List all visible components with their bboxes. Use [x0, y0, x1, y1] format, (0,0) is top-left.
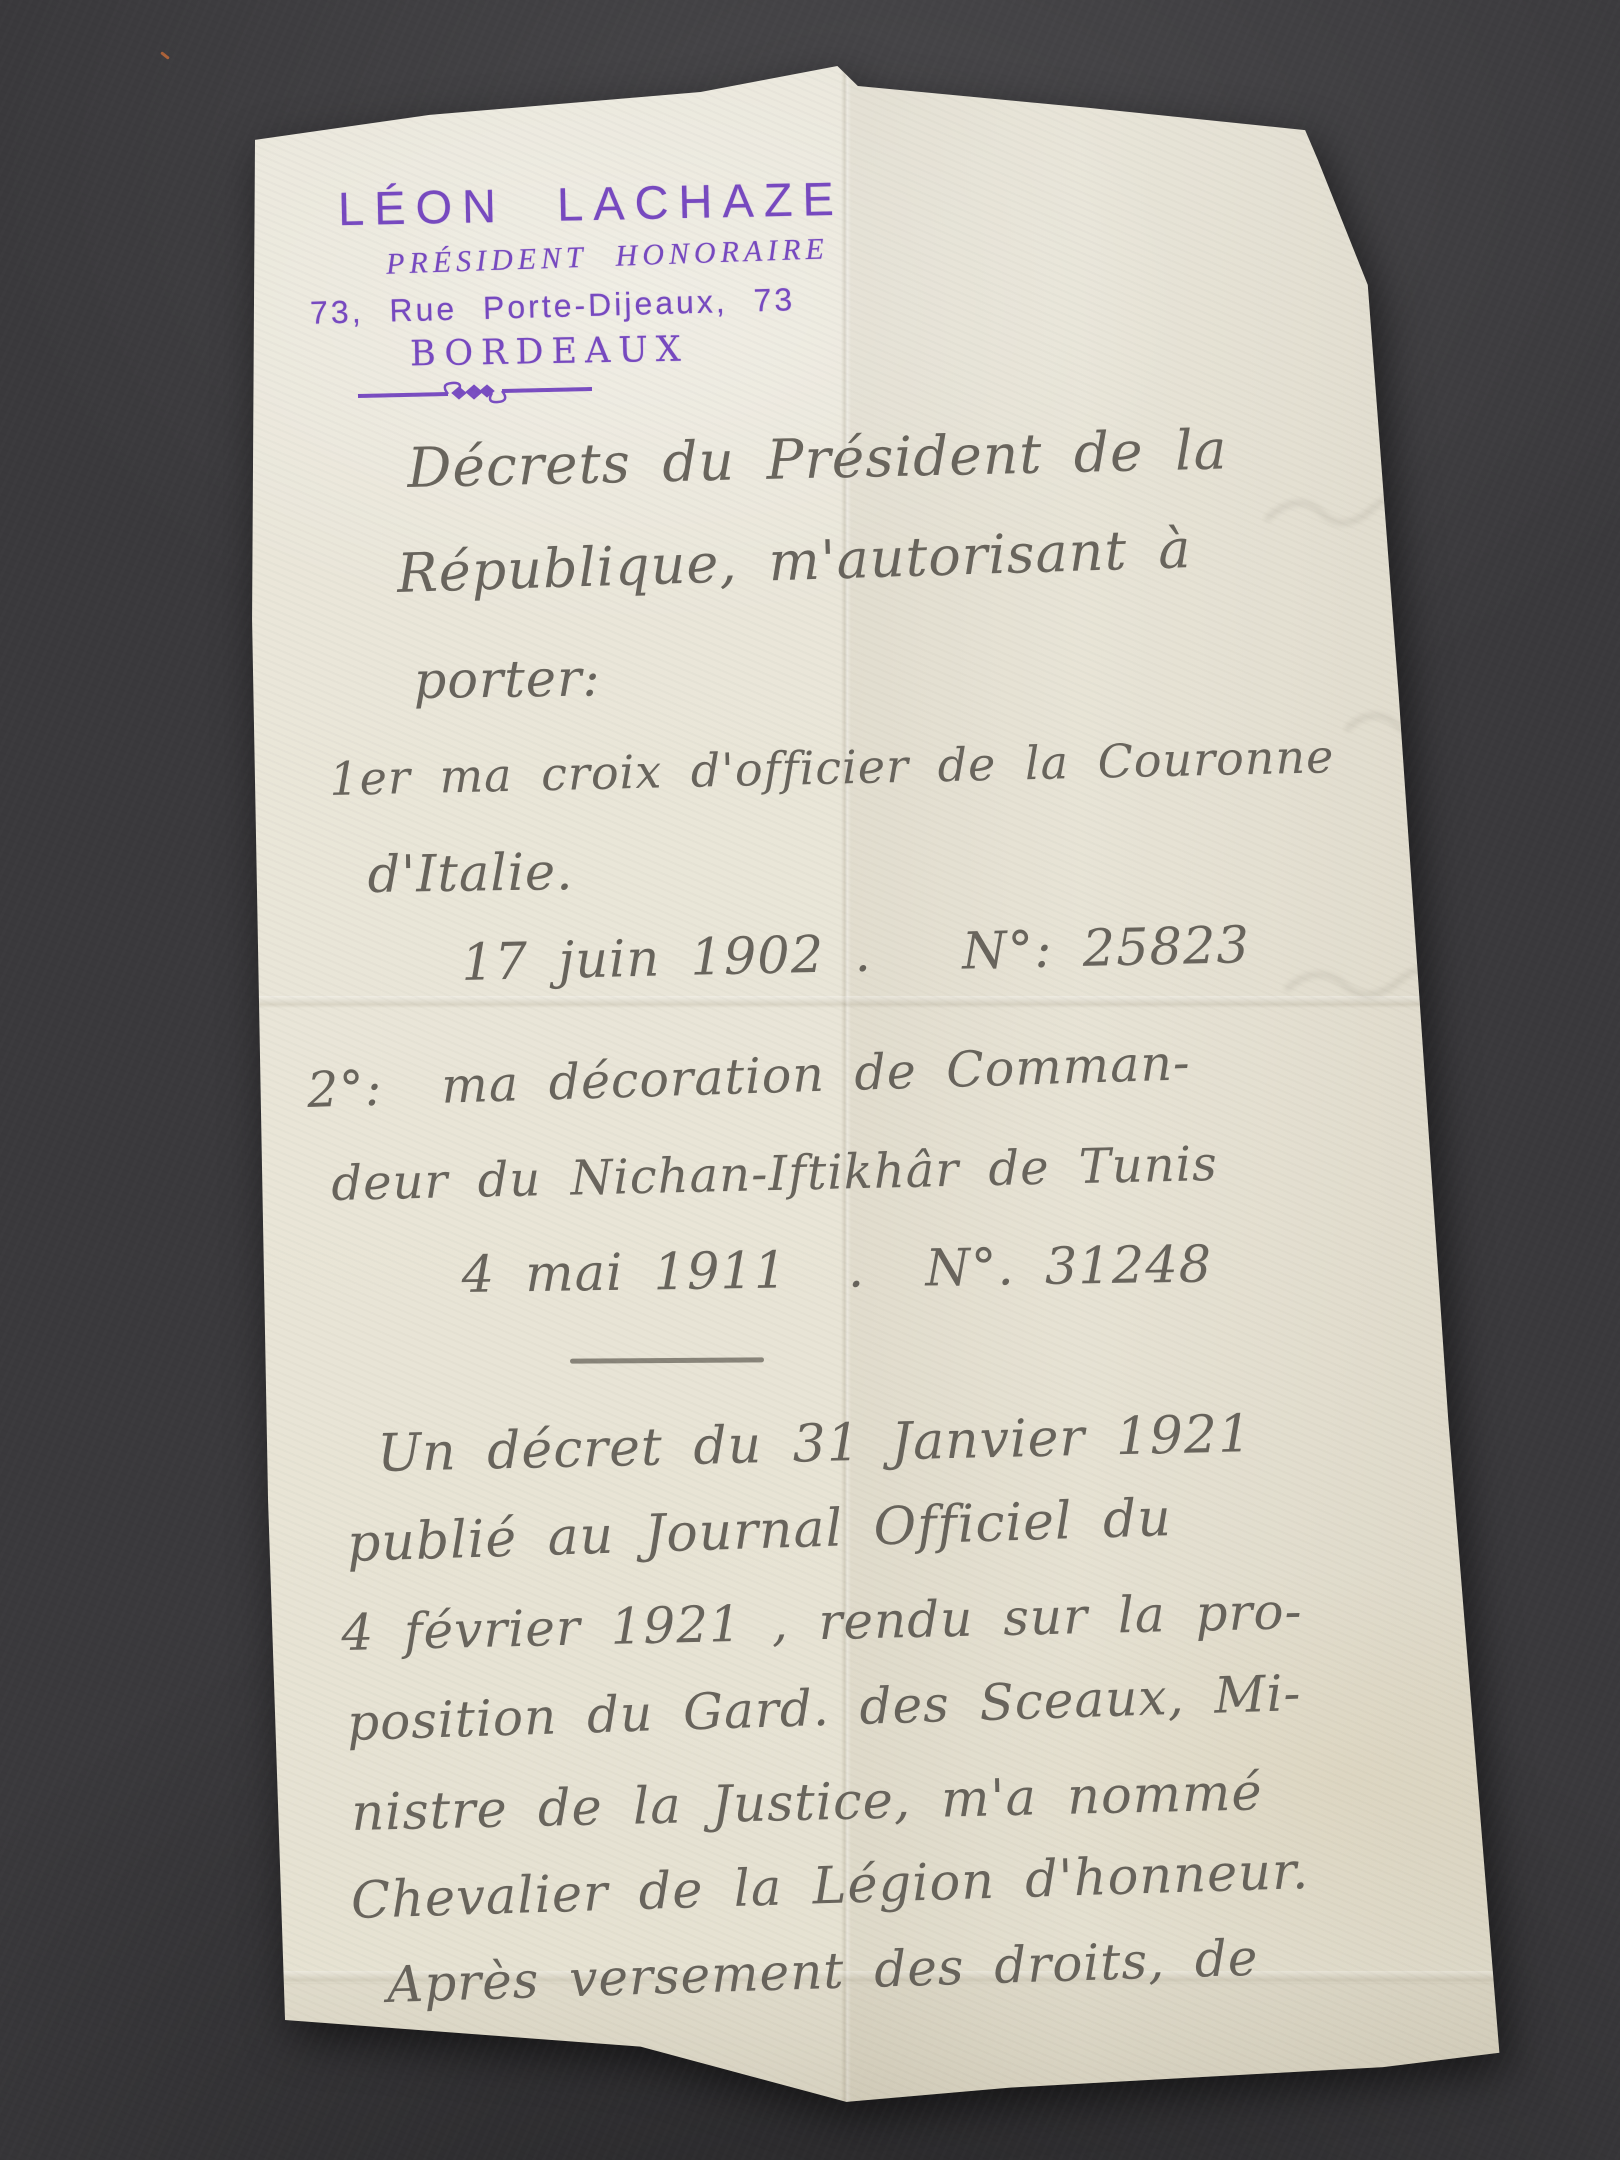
manuscript-line-9: 4 mai 1911 . N°. 31248: [461, 1236, 1212, 1305]
manuscript-line-5: d'Italie.: [367, 843, 574, 905]
manuscript-line-3: porter:: [413, 649, 601, 711]
letterhead-city: BORDEAUX: [410, 330, 689, 375]
flourish-ornament-icon: [356, 380, 594, 406]
letterhead-name: LÉON LACHAZE: [337, 171, 844, 237]
photo-background: LÉON LACHAZE PRÉSIDENT HONORAIRE 73, Rue…: [0, 0, 1620, 2160]
